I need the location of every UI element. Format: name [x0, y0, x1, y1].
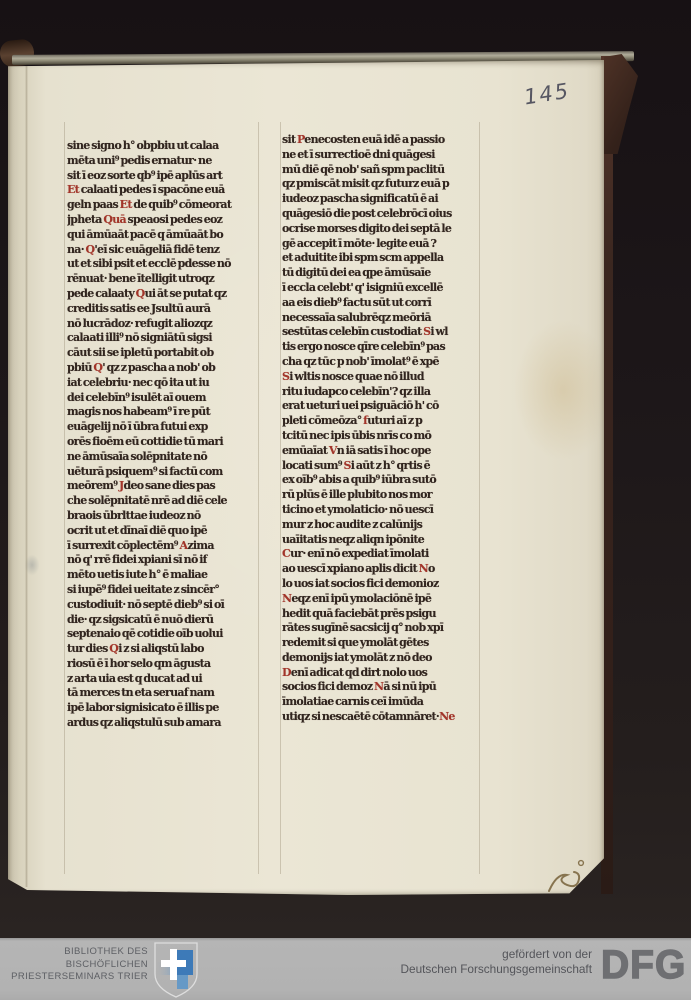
ink-text: uturi aī z p	[367, 414, 422, 427]
manuscript-text-line: sestūtas celebīn custodiat Si wl	[282, 325, 474, 340]
ink-text: rēnuat· bene ītelligit utroqz	[67, 272, 214, 285]
ink-text: mēta uni⁹ pedis ernatur· ne	[67, 154, 212, 167]
dfg-funding-line: Deutschen Forschungsgemeinschaft	[320, 962, 592, 977]
ink-text: et aduitite ibi spm scm appella	[282, 251, 443, 264]
ruling-line	[64, 122, 65, 874]
ink-text: ur· enī nō expediat īmolati	[290, 547, 429, 560]
ink-text: tā merces tn eta seruaf nam	[67, 686, 214, 699]
manuscript-text-line: braois ūbrlttae iudeoz nō	[67, 509, 259, 524]
ruling-line	[280, 122, 281, 874]
manuscript-text-line: ao uescī xpiano aplis dicit No	[282, 562, 474, 577]
manuscript-text-line: iat celebriu· nec qō ita ut iu	[67, 376, 259, 391]
ink-text: jpheta	[67, 213, 103, 226]
text-column-left: sine signo h° obpbiu ut calaamēta uni⁹ p…	[67, 139, 259, 731]
manuscript-text-line: pbiū Q' qz z pascha a nob' ob	[67, 361, 259, 376]
manuscript-text-line: qz pmiscāt misit qz futurz euā p	[282, 177, 474, 192]
manuscript-scan-viewer: 145 sine signo h° obpbiu ut calaamēta un…	[0, 0, 691, 1000]
ink-text: septenaio qē cotidie oīb uolui	[67, 627, 223, 640]
ink-text: z arta uia est q ducat ad ui	[67, 672, 202, 685]
ink-text: 'eī sic euāgeliā fidē tenz	[94, 243, 219, 256]
ink-text: sit	[282, 133, 297, 146]
manuscript-text-line: Cur· enī nō expediat īmolati	[282, 547, 474, 562]
rubric-text: Quā	[103, 213, 126, 226]
ink-text: dei celebīn⁹ isulēt aī ouem	[67, 391, 206, 404]
ink-text: si iupē⁹ fidei ueitate z sincēr°	[67, 583, 219, 596]
manuscript-text-line: nō q' rrē fidei xpiani sī nō if	[67, 553, 259, 568]
manuscript-text-line: si iupē⁹ fidei ueitate z sincēr°	[67, 583, 259, 598]
ink-text: euāgelij nō ī ūbra futui exp	[67, 420, 208, 433]
gutter-crease	[25, 60, 28, 887]
manuscript-text-line: sine signo h° obpbiu ut calaa	[67, 139, 259, 154]
ink-text: ardus qz aliqstulū sub amara	[67, 716, 221, 729]
ink-text: quāgesiō die post celebrōcī oius	[282, 207, 452, 220]
manuscript-text-line: ocrit ut et dīnaī diē quo ipē	[67, 524, 259, 539]
manuscript-text-line: lo uos iat socios fici demonioz	[282, 577, 474, 592]
ink-text: qz pmiscāt misit qz futurz euā p	[282, 177, 449, 190]
manuscript-text-line: emūaīat Vn iā satis ī hoc ope	[282, 444, 474, 459]
ink-text: ritu iudapco celebīn'? qz illa	[282, 385, 430, 398]
manuscript-text-line: hedit quā faciebāt prēs psigu	[282, 607, 474, 622]
manuscript-text-line: sit ī eoz sorte qb⁹ ipē aplūs art	[67, 169, 259, 184]
manuscript-text-line: locati sum⁹ Si aūt z h° qrtis ē	[282, 459, 474, 474]
ink-text: emūaīat	[282, 444, 329, 457]
manuscript-text-line: quāgesiō die post celebrōcī oius	[282, 207, 474, 222]
manuscript-text-line: die· qz sigsicatū ē nuō dierū	[67, 613, 259, 628]
ink-text: uēturā psiquem⁹ si factū com	[67, 465, 223, 478]
manuscript-text-line: ardus qz aliqstulū sub amara	[67, 716, 259, 731]
manuscript-text-line: euāgelij nō ī ūbra futui exp	[67, 420, 259, 435]
manuscript-text-line: redemit si que ymolāt gētes	[282, 636, 474, 651]
ink-text: gē accepit ī mōte· legite euā ?	[282, 237, 436, 250]
manuscript-text-line: pede calaaty Qui āt se putat qz	[67, 287, 259, 302]
ink-text: necessaīa salubrēqz meōriā	[282, 311, 431, 324]
ink-text: aa eis dieb⁹ factu sūt ut corrī	[282, 296, 431, 309]
ink-text: īmolatiae carnis ceī imūda	[282, 695, 423, 708]
library-name: BIBLIOTHEK DES BISCHÖFLICHEN PRIESTERSEM…	[0, 946, 148, 984]
ruling-line	[479, 122, 480, 874]
rubric-text: Q	[109, 642, 118, 655]
manuscript-text-line: īmolatiae carnis ceī imūda	[282, 695, 474, 710]
manuscript-text-line: socios fici demoz Nā si nū ipū	[282, 680, 474, 695]
manuscript-text-line: tis ergo nosce qīre celebīn⁹ pas	[282, 340, 474, 355]
manuscript-text-line: creditis satis ee Jsultū aurā	[67, 302, 259, 317]
ink-text: sit ī eoz sorte qb⁹ ipē aplūs art	[67, 169, 222, 182]
manuscript-text-line: ne āmūsaīa solēpnitate nō	[67, 450, 259, 465]
manuscript-text-line: rēnuat· bene ītelligit utroqz	[67, 272, 259, 287]
manuscript-text-line: demonijs iat ymolāt z nō deo	[282, 651, 474, 666]
folio-number: 145	[522, 79, 571, 110]
manuscript-text-line: ī eccla celebt' q' isigniū excellē	[282, 281, 474, 296]
ink-text: zima	[187, 539, 213, 552]
manuscript-text-line: nō lucrādoz· refugit aliozqz	[67, 317, 259, 332]
ink-text: pede calaaty	[67, 287, 136, 300]
rubric-text: N	[282, 592, 291, 605]
ink-text: ex oīb⁹ abis a quib⁹ iūbra sutō	[282, 473, 436, 486]
book-page: 145 sine signo h° obpbiu ut calaamēta un…	[8, 60, 604, 895]
manuscript-text-line: riosū ē ī hor selo qm āgusta	[67, 657, 259, 672]
ink-text: tur dies	[67, 642, 109, 655]
book-cover-corner	[604, 54, 638, 154]
ink-text: ne et ī surrectioē dni quāgesi	[282, 148, 435, 161]
manuscript-text-line: utiqz si nescaētē cōtamnāret·Ne	[282, 710, 474, 725]
manuscript-text-line: ex oīb⁹ abis a quib⁹ iūbra sutō	[282, 473, 474, 488]
manuscript-text-line: ut et sibi psit et ecclē pdesse nō	[67, 257, 259, 272]
manuscript-text-line: iudeoz pascha significatū ē ai	[282, 192, 474, 207]
ink-text: uaīitatis neqz aliqn ipōnite	[282, 533, 424, 546]
manuscript-text-line: Neqz enī ipū ymolaciōnē ipē	[282, 592, 474, 607]
manuscript-text-line: sit Penecosten euā idē a passio	[282, 133, 474, 148]
manuscript-text-line: cha qz tūc p nob' īmolat⁹ ē xpē	[282, 355, 474, 370]
ink-text: eqz enī ipū ymolaciōnē ipē	[291, 592, 431, 605]
rubric-text: Q	[93, 361, 102, 374]
manuscript-text-line: orēs fioēm eū cottidie tū mari	[67, 435, 259, 450]
dfg-funding-note: gefördert von der Deutschen Forschungsge…	[320, 947, 592, 976]
ink-text: enī adicat qd dirt nolo uos	[291, 666, 427, 679]
manuscript-text-line: na· Q'eī sic euāgeliā fidē tenz	[67, 243, 259, 258]
manuscript-text-line: z arta uia est q ducat ad ui	[67, 672, 259, 687]
ink-text: ocrit ut et dīnaī diē quo ipē	[67, 524, 207, 537]
manuscript-text-line: tcitū nec ipis ūbis nrīs co mō	[282, 429, 474, 444]
ink-text: che solēpnitatē nrē ad diē cele	[67, 494, 227, 507]
ink-text: magis nos habeam⁹ ī re pūt	[67, 405, 210, 418]
ink-text: locati sum⁹	[282, 459, 344, 472]
ink-text: nō q' rrē fidei xpiani sī nō if	[67, 553, 207, 566]
rubric-text: N	[419, 562, 428, 575]
manuscript-text-line: Et calaati pedes ī spacōne euā	[67, 183, 259, 198]
manuscript-text-line: gē accepit ī mōte· legite euā ?	[282, 237, 474, 252]
manuscript-text-line: magis nos habeam⁹ ī re pūt	[67, 405, 259, 420]
rubric-text: D	[282, 666, 291, 679]
ink-text: cha qz tūc p nob' īmolat⁹ ē xpē	[282, 355, 439, 368]
dfg-funding-line: gefördert von der	[320, 947, 592, 962]
ink-text: qui āmūaāt pacē q āmūaāt bo	[67, 228, 223, 241]
manuscript-text-line: rū plūs ē ille plubito nos mor	[282, 488, 474, 503]
manuscript-text-line: mēta uni⁹ pedis ernatur· ne	[67, 154, 259, 169]
ink-text: rātes sugīnē sacsicij q° nob xpī	[282, 621, 443, 634]
ink-text: i wl	[430, 325, 447, 338]
rubric-text: Et	[120, 198, 132, 211]
manuscript-text-line: custodiuit· nō septē dieb⁹ si oī	[67, 598, 259, 613]
ink-text: geln paas	[67, 198, 120, 211]
ink-text: pbiū	[67, 361, 93, 374]
ink-text: riosū ē ī hor selo qm āgusta	[67, 657, 210, 670]
text-column-right: sit Penecosten euā idē a passione et ī s…	[282, 133, 474, 725]
manuscript-text-line: ipē labor signisicato ē illis pe	[67, 701, 259, 716]
rubric-text: Q	[136, 287, 145, 300]
ink-text: mū diē qē nob' sañ spm paclitū	[282, 163, 444, 176]
manuscript-text-line: che solēpnitatē nrē ad diē cele	[67, 494, 259, 509]
manuscript-text-line: pleti cōmeōza° futuri aī z p	[282, 414, 474, 429]
ink-text: ne āmūsaīa solēpnitate nō	[67, 450, 207, 463]
manuscript-text-line: jpheta Quā speaosi pedes eoz	[67, 213, 259, 228]
manuscript-text-line: Si wltis nosce quae nō illud	[282, 370, 474, 385]
ink-text: tcitū nec ipis ūbis nrīs co mō	[282, 429, 431, 442]
manuscript-text-line: geln paas Et de quib⁹ cōmeorat	[67, 198, 259, 213]
library-shield-logo	[152, 941, 200, 999]
ink-text: redemit si que ymolāt gētes	[282, 636, 429, 649]
rubric-text: S	[344, 459, 351, 472]
ink-text: na·	[67, 243, 85, 256]
ink-text: meōrem⁹	[67, 479, 119, 492]
manuscript-text-line: dei celebīn⁹ isulēt aī ouem	[67, 391, 259, 406]
manuscript-text-line: ī surrexit cōplectēm⁹ Azima	[67, 539, 259, 554]
ink-text: de quib⁹ cōmeorat	[132, 198, 231, 211]
manuscript-text-line: ne et ī surrectioē dni quāgesi	[282, 148, 474, 163]
rubric-text: Ne	[439, 710, 455, 723]
manuscript-text-line: meōrem⁹ Jdeo sane dies pas	[67, 479, 259, 494]
ink-text: ui āt se putat qz	[145, 287, 227, 300]
ink-text: sine signo h° obpbiu ut calaa	[67, 139, 219, 152]
ink-text: n iā satis ī hoc ope	[337, 444, 431, 457]
ink-text: iudeoz pascha significatū ē ai	[282, 192, 438, 205]
manuscript-text-line: mū diē qē nob' sañ spm paclitū	[282, 163, 474, 178]
rubric-text: C	[282, 547, 290, 560]
ink-text: nō lucrādoz· refugit aliozqz	[67, 317, 212, 330]
manuscript-text-line: tur dies Qi z si aliqstū labo	[67, 642, 259, 657]
manuscript-text-line: ocrise morses digito dei septā le	[282, 222, 474, 237]
ink-text: ī surrexit cōplectēm⁹	[67, 539, 180, 552]
ink-text: socios fici demoz	[282, 680, 374, 693]
manuscript-text-line: mēto uetis iute h° ē maliae	[67, 568, 259, 583]
ink-text: enecosten euā idē a passio	[304, 133, 444, 146]
manuscript-text-line: tū digitū dei ea qpe āmūsaīe	[282, 266, 474, 281]
ink-text: o	[428, 562, 435, 575]
manuscript-text-line: calaati illi⁹ nō signiātū sigsi	[67, 331, 259, 346]
manuscript-text-line: ritu iudapco celebīn'? qz illa	[282, 385, 474, 400]
library-name-line: BISCHÖFLICHEN	[0, 959, 148, 972]
ink-text: ut et sibi psit et ecclē pdesse nō	[67, 257, 231, 270]
library-name-line: PRIESTERSEMINARS TRIER	[0, 971, 148, 984]
rubric-text: V	[329, 444, 337, 457]
ink-text: deo sane dies pas	[123, 479, 215, 492]
ink-text: lo uos iat socios fici demonioz	[282, 577, 439, 590]
ink-flourish	[543, 855, 595, 901]
ink-text: mur z hoc audite z calūnijs	[282, 518, 422, 531]
ink-text: cāut sii se ipletū portabit ob	[67, 346, 213, 359]
ink-text: custodiuit· nō septē dieb⁹ si oī	[67, 598, 224, 611]
manuscript-text-line: septenaio qē cotidie oīb uolui	[67, 627, 259, 642]
manuscript-text-line: mur z hoc audite z calūnijs	[282, 518, 474, 533]
ink-text: braois ūbrlttae iudeoz nō	[67, 509, 201, 522]
rubric-text: Et	[67, 183, 79, 196]
ink-text: ao uescī xpiano aplis dicit	[282, 562, 419, 575]
ink-text: demonijs iat ymolāt z nō deo	[282, 651, 432, 664]
ink-text: calaati illi⁹ nō signiātū sigsi	[67, 331, 212, 344]
ink-text: speaosi pedes eoz	[126, 213, 222, 226]
ink-text: iat celebriu· nec qō ita ut iu	[67, 376, 209, 389]
digitization-footer: BIBLIOTHEK DES BISCHÖFLICHEN PRIESTERSEM…	[0, 938, 691, 1000]
ink-text: rū plūs ē ille plubito nos mor	[282, 488, 432, 501]
ink-text: sestūtas celebīn custodiat	[282, 325, 423, 338]
rubric-text: N	[374, 680, 383, 693]
ink-text: i wltis nosce quae nō illud	[289, 370, 424, 383]
manuscript-text-line: rātes sugīnē sacsicij q° nob xpī	[282, 621, 474, 636]
library-name-line: BIBLIOTHEK DES	[0, 946, 148, 959]
manuscript-text-line: qui āmūaāt pacē q āmūaāt bo	[67, 228, 259, 243]
manuscript-text-line: tā merces tn eta seruaf nam	[67, 686, 259, 701]
ink-text: tis ergo nosce qīre celebīn⁹ pas	[282, 340, 445, 353]
ink-text: i z si aliqstū labo	[118, 642, 204, 655]
manuscript-text-line: necessaīa salubrēqz meōriā	[282, 311, 474, 326]
ink-text: die· qz sigsicatū ē nuō dierū	[67, 613, 213, 626]
ink-text: tū digitū dei ea qpe āmūsaīe	[282, 266, 431, 279]
ink-text: erat ueturi uei psiguāciō h' cō	[282, 399, 439, 412]
manuscript-text-line: aa eis dieb⁹ factu sūt ut corrī	[282, 296, 474, 311]
ink-text: hedit quā faciebāt prēs psigu	[282, 607, 436, 620]
manuscript-text-line: uēturā psiquem⁹ si factū com	[67, 465, 259, 480]
ink-text: ā si nū ipū	[383, 680, 436, 693]
manuscript-text-line: ticino et ymolaticio· nō uescī	[282, 503, 474, 518]
ink-text: ticino et ymolaticio· nō uescī	[282, 503, 433, 516]
ink-text: creditis satis ee Jsultū aurā	[67, 302, 210, 315]
ink-text: ' qz z pascha a nob' ob	[102, 361, 215, 374]
dfg-logo: DFG	[601, 944, 689, 991]
ink-text: ī eccla celebt' q' isigniū excellē	[282, 281, 443, 294]
manuscript-text-line: uaīitatis neqz aliqn ipōnite	[282, 533, 474, 548]
ink-text: orēs fioēm eū cottidie tū mari	[67, 435, 223, 448]
manuscript-text-line: Denī adicat qd dirt nolo uos	[282, 666, 474, 681]
ink-text: pleti cōmeōza°	[282, 414, 363, 427]
manuscript-text-line: et aduitite ibi spm scm appella	[282, 251, 474, 266]
manuscript-text-line: erat ueturi uei psiguāciō h' cō	[282, 399, 474, 414]
manuscript-text-line: cāut sii se ipletū portabit ob	[67, 346, 259, 361]
ink-text: utiqz si nescaētē cōtamnāret·	[282, 710, 439, 723]
ink-text: calaati pedes ī spacōne euā	[79, 183, 224, 196]
ink-text: ipē labor signisicato ē illis pe	[67, 701, 219, 714]
ink-text: ocrise morses digito dei septā le	[282, 222, 451, 235]
ink-text: mēto uetis iute h° ē maliae	[67, 568, 207, 581]
ink-text: i aūt z h° qrtis ē	[351, 459, 430, 472]
